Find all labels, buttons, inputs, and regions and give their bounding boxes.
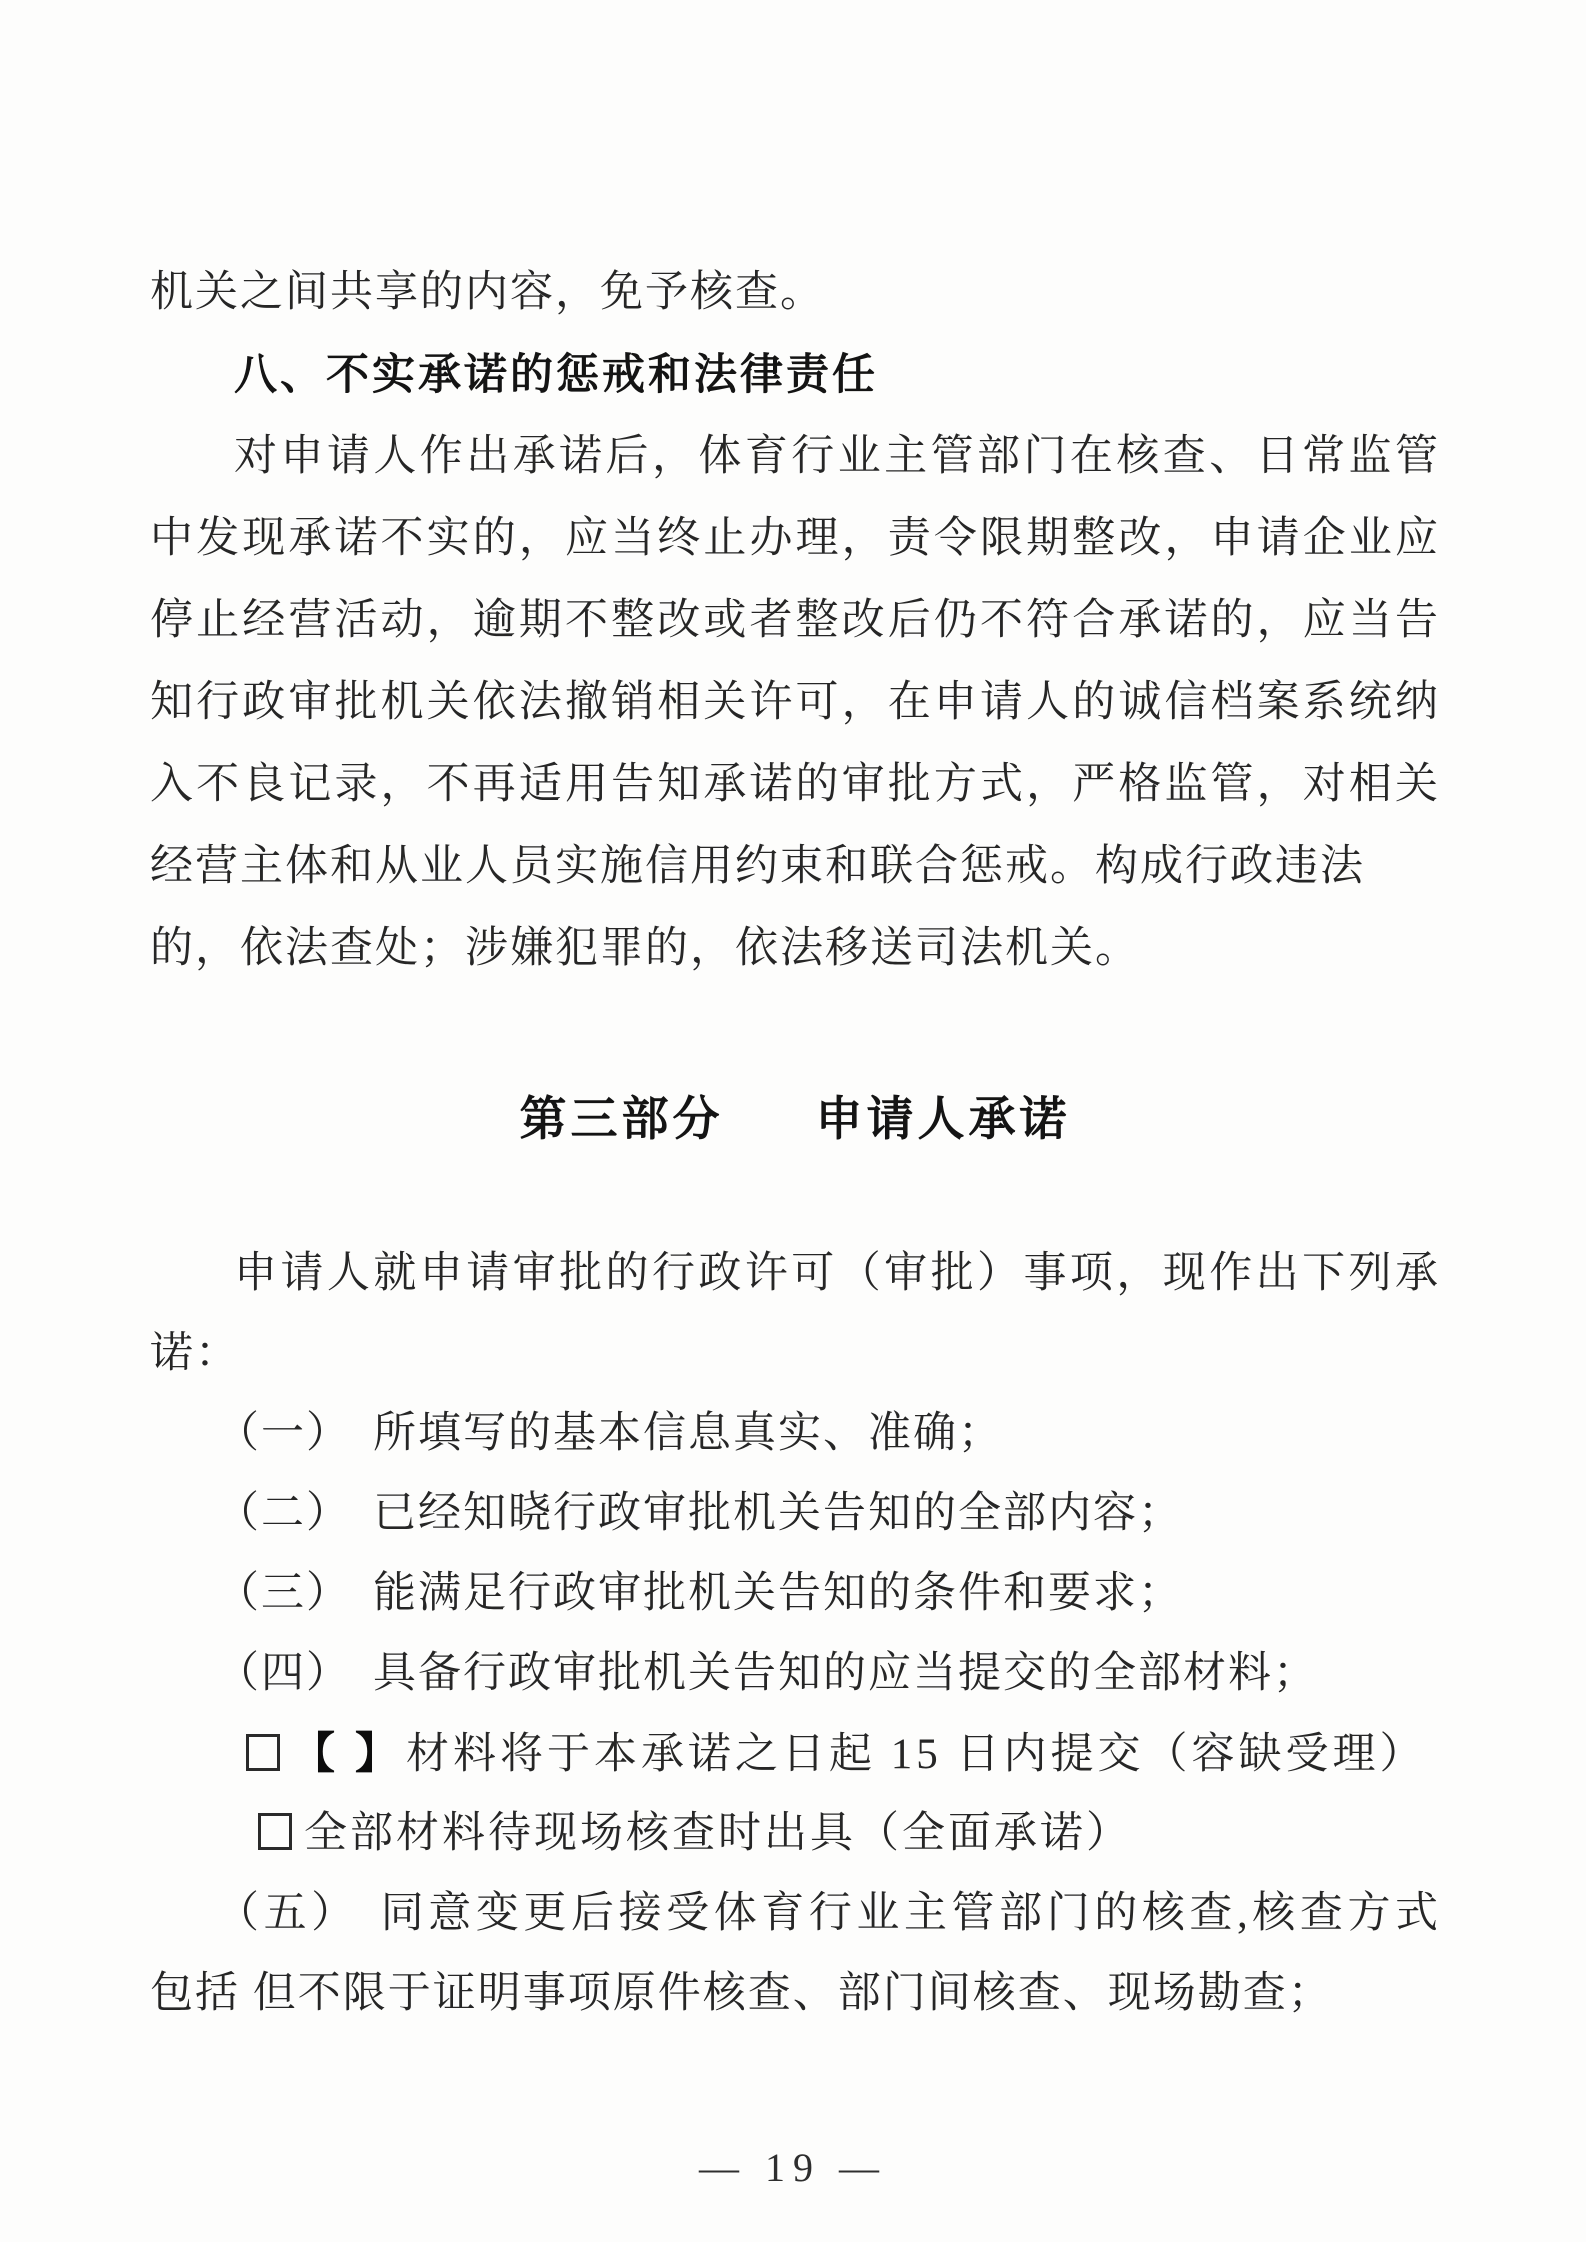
commitment-section: 申请人就申请审批的行政许可（审批）事项，现作出下列承 诺： （一）所填写的基本信… <box>150 1234 1440 2034</box>
option-text: 全部材料待现场核查时出具（全面承诺） <box>304 1810 1132 1857</box>
part-heading-title: 申请人承诺 <box>816 1092 1071 1145</box>
item-number: （二） <box>216 1490 351 1537</box>
list-item-5: （五）同意变更后接受体育行业主管部门的核查,核查方式 <box>150 1874 1440 1954</box>
paragraph-line: 的，依法查处；涉嫌犯罪的，依法移送司法机关。 <box>150 908 1440 990</box>
section-heading: 八、不实承诺的惩戒和法律责任 <box>150 334 1440 416</box>
commitment-intro-line: 诺： <box>150 1314 1440 1394</box>
list-item-2: （二）已经知晓行政审批机关告知的全部内容； <box>150 1474 1440 1554</box>
paragraph-line: 入不良记录，不再适用告知承诺的审批方式，严格监管，对相关 <box>150 744 1440 826</box>
list-item-4: （四）具备行政审批机关告知的应当提交的全部材料； <box>150 1634 1440 1714</box>
page-number: — 19 — <box>0 2138 1586 2198</box>
unchecked-checkbox-icon[interactable] <box>258 1813 292 1850</box>
unchecked-checkbox-icon[interactable] <box>246 1734 280 1771</box>
paragraph-line: 停止经营活动，逾期不整改或者整改后仍不符合承诺的，应当告 <box>150 580 1440 662</box>
item-text: 能满足行政审批机关告知的条件和要求； <box>373 1570 1183 1617</box>
list-item-3: （三）能满足行政审批机关告知的条件和要求； <box>150 1554 1440 1634</box>
continuation-line: 机关之间共享的内容，免予核查。 <box>150 252 1440 334</box>
item-text: 同意变更后接受体育行业主管部门的核查,核查方式 <box>381 1890 1440 1937</box>
paragraph-line: 知行政审批机关依法撤销相关许可，在申请人的诚信档案系统纳 <box>150 662 1440 744</box>
paragraph-line: 经营主体和从业人员实施信用约束和联合惩戒。构成行政违法 <box>150 826 1440 908</box>
option-text: 材料将于本承诺之日起 15 日内提交（容缺受理） <box>406 1731 1427 1778</box>
paragraph-line: 对申请人作出承诺后，体育行业主管部门在核查、日常监管 <box>150 416 1440 498</box>
list-item-5-continuation: 包括 但不限于证明事项原件核查、部门间核查、现场勘查； <box>150 1954 1440 2034</box>
part-heading: 第三部分申请人承诺 <box>150 1078 1440 1160</box>
item-number: （四） <box>216 1650 351 1697</box>
item-number: （一） <box>216 1410 351 1457</box>
paragraph-line: 中发现承诺不实的，应当终止办理，责令限期整改，申请企业应 <box>150 498 1440 580</box>
item-text: 具备行政审批机关告知的应当提交的全部材料； <box>373 1650 1318 1697</box>
checkbox-option-2: 全部材料待现场核查时出具（全面承诺） <box>150 1794 1440 1874</box>
document-body: 机关之间共享的内容，免予核查。 八、不实承诺的惩戒和法律责任 对申请人作出承诺后… <box>150 252 1440 2034</box>
list-item-1: （一）所填写的基本信息真实、准确； <box>150 1394 1440 1474</box>
document-page: 机关之间共享的内容，免予核查。 八、不实承诺的惩戒和法律责任 对申请人作出承诺后… <box>0 0 1586 2242</box>
item-text: 所填写的基本信息真实、准确； <box>373 1410 1003 1457</box>
commitment-intro-line: 申请人就申请审批的行政许可（审批）事项，现作出下列承 <box>150 1234 1440 1314</box>
bracket-placeholder: 【 】 <box>292 1730 402 1778</box>
checkbox-option-1: 【 】材料将于本承诺之日起 15 日内提交（容缺受理） <box>150 1714 1440 1794</box>
item-text: 已经知晓行政审批机关告知的全部内容； <box>373 1490 1183 1537</box>
item-number: （五） <box>216 1890 359 1937</box>
part-heading-number: 第三部分 <box>520 1092 724 1145</box>
item-number: （三） <box>216 1570 351 1617</box>
